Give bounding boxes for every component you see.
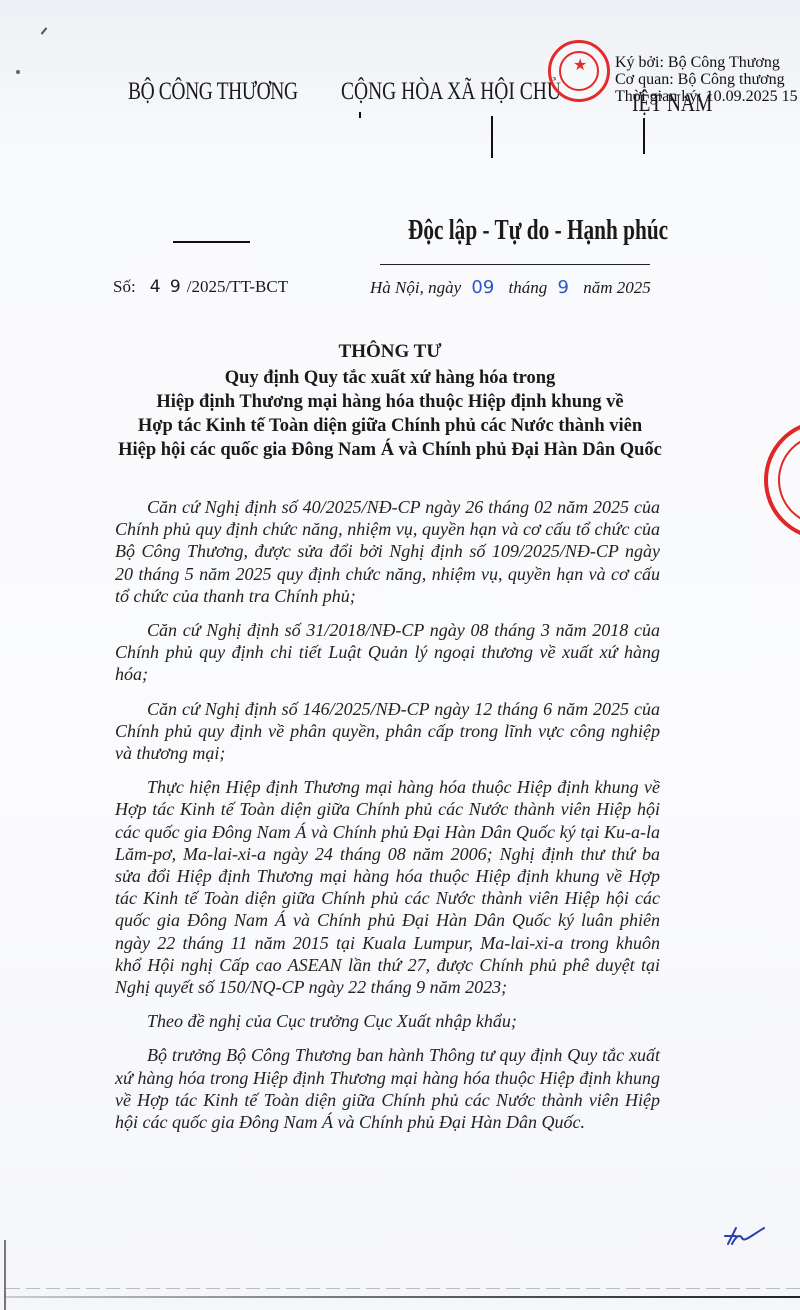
scan-artifact [41,27,48,34]
signature-icon [722,1222,766,1248]
signing-time: Thời gian ký: 10.09.2025 15 [615,88,798,105]
title-line: Hiệp định Thương mại hàng hóa thuộc Hiệp… [100,390,680,414]
scan-artifact [16,70,20,74]
star-icon: ★ [573,55,587,74]
national-motto: Độc lập - Tự do - Hạnh phúc [408,215,668,247]
scan-artifact [359,112,361,118]
document-number-value: 4 9 [150,277,183,297]
digital-signature-block: Ký bởi: Bộ Công Thương Cơ quan: Bộ Công … [615,54,798,105]
body-paragraph: Căn cứ Nghị định số 146/2025/NĐ-CP ngày … [115,698,660,765]
page-edge [4,1240,6,1310]
agency-underline [173,241,250,243]
month-label: tháng [509,278,548,297]
title-line: Quy định Quy tắc xuất xứ hàng hóa trong [100,366,680,390]
document-type: THÔNG TƯ [100,340,680,364]
body-paragraph: Căn cứ Nghị định số 40/2025/NĐ-CP ngày 2… [115,496,660,607]
issuing-agency: BỘ CÔNG THƯƠNG [128,78,298,106]
motto-underline [380,264,650,265]
document-number: Số:4 9/2025/TT-BCT [113,277,288,297]
body-paragraph: Thực hiện Hiệp định Thương mại hàng hóa … [115,776,660,998]
page-edge [6,1296,800,1298]
place-prefix: Hà Nội, ngày [370,278,461,297]
document-number-suffix: /2025/TT-BCT [187,277,288,296]
seal-icon: ★ [548,40,610,102]
title-line: Hợp tác Kinh tế Toàn diện giữa Chính phủ… [100,414,680,438]
body-paragraph: Căn cứ Nghị định số 31/2018/NĐ-CP ngày 0… [115,619,660,686]
document-number-label: Số: [113,277,136,296]
body-paragraph: Theo đề nghị của Cục trưởng Cục Xuất nhậ… [115,1010,660,1032]
handwritten-month: 9 [558,277,569,298]
year-label: năm 2025 [583,278,651,297]
signed-by: Ký bởi: Bộ Công Thương [615,54,798,71]
date-line: Hà Nội, ngày 09 tháng 9 năm 2025 [370,277,651,298]
scan-artifact [643,118,645,154]
scan-artifact [491,116,493,158]
scan-artifact [6,1288,800,1289]
document-page: BỘ CÔNG THƯƠNG CỘNG HÒA XÃ HỘI CHỦ IỆT N… [0,0,800,1310]
signing-organization: Cơ quan: Bộ Công thương [615,71,798,88]
body-paragraph: Bộ trưởng Bộ Công Thương ban hành Thông … [115,1044,660,1133]
national-title: CỘNG HÒA XÃ HỘI CHỦ [341,78,561,106]
handwritten-day: 09 [471,277,494,298]
seal-icon [764,420,800,540]
document-body: Căn cứ Nghị định số 40/2025/NĐ-CP ngày 2… [115,496,660,1145]
document-title: THÔNG TƯ Quy định Quy tắc xuất xứ hàng h… [100,340,680,462]
title-line: Hiệp hội các quốc gia Đông Nam Á và Chín… [100,438,680,462]
